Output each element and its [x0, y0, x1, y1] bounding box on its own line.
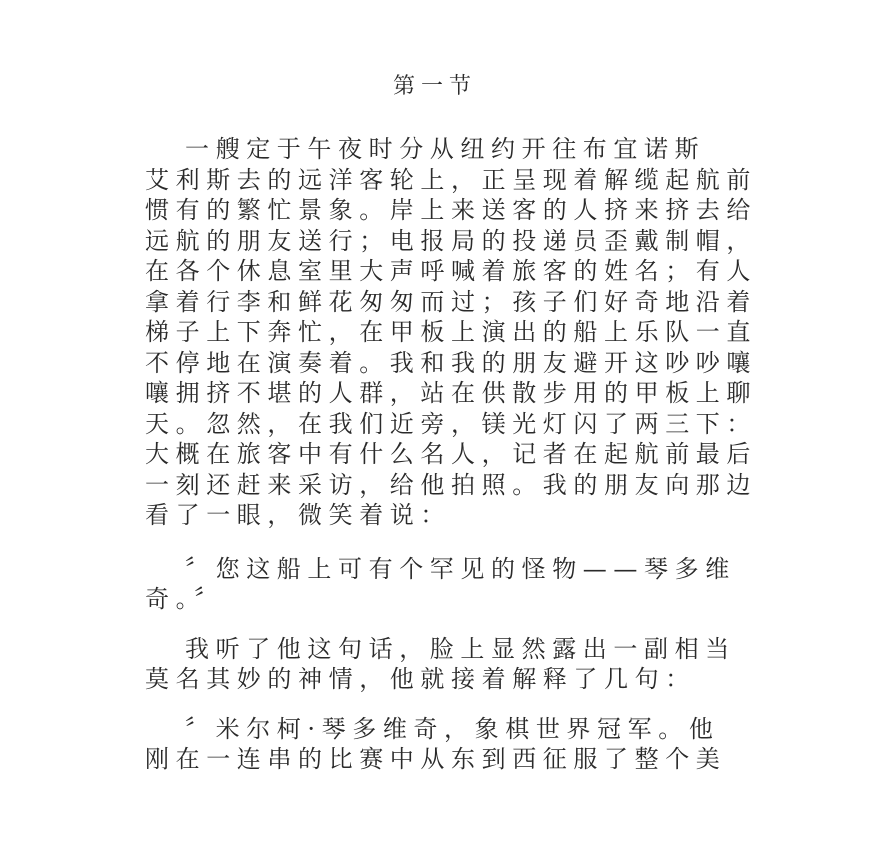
- paragraph-1: 一艘定于午夜时分从纽约开往布宜诺斯 艾利斯去的远洋客轮上，正呈现着解缆起航前 惯…: [145, 134, 751, 531]
- text-line: 拿着行李和鲜花匆匆而过；孩子们好奇地沿着: [145, 287, 751, 318]
- text-line: 不停地在演奏着。我和我的朋友避开这吵吵嚷: [145, 348, 751, 379]
- paragraph-gap: [145, 695, 751, 714]
- paragraph-2-quote: 〞您这船上可有个罕见的怪物——琴多维 奇。〞: [145, 554, 751, 615]
- text-line: 一刻还赶来采访，给他拍照。我的朋友向那边: [145, 470, 751, 501]
- text-line: 嚷拥挤不堪的人群，站在供散步用的甲板上聊: [145, 378, 751, 409]
- body-text: 一艘定于午夜时分从纽约开往布宜诺斯 艾利斯去的远洋客轮上，正呈现着解缆起航前 惯…: [145, 134, 751, 775]
- text-line: 奇。〞: [145, 584, 751, 615]
- paragraph-gap: [145, 615, 751, 634]
- text-line: 大概在旅客中有什么名人，记者在起航前最后: [145, 439, 751, 470]
- text-line: 艾利斯去的远洋客轮上，正呈现着解缆起航前: [145, 165, 751, 196]
- text-line: 看了一眼，微笑着说：: [145, 500, 751, 531]
- text-line: 梯子上下奔忙，在甲板上演出的船上乐队一直: [145, 317, 751, 348]
- section-title: 第一节: [0, 72, 870, 102]
- text-line: 〞米尔柯·琴多维奇，象棋世界冠军。他: [145, 714, 751, 745]
- text-line: 一艘定于午夜时分从纽约开往布宜诺斯: [145, 134, 751, 165]
- text-line: 惯有的繁忙景象。岸上来送客的人挤来挤去给: [145, 195, 751, 226]
- text-line: 远航的朋友送行；电报局的投递员歪戴制帽，: [145, 226, 751, 257]
- document-page: 第一节 一艘定于午夜时分从纽约开往布宜诺斯 艾利斯去的远洋客轮上，正呈现着解缆起…: [0, 0, 870, 842]
- text-line: 〞您这船上可有个罕见的怪物——琴多维: [145, 554, 751, 585]
- text-line: 我听了他这句话，脸上显然露出一副相当: [145, 634, 751, 665]
- text-line: 天。忽然，在我们近旁，镁光灯闪了两三下：: [145, 409, 751, 440]
- text-line: 在各个休息室里大声呼喊着旅客的姓名；有人: [145, 256, 751, 287]
- paragraph-gap: [145, 531, 751, 554]
- text-line: 莫名其妙的神情，他就接着解释了几句：: [145, 664, 751, 695]
- paragraph-4-quote: 〞米尔柯·琴多维奇，象棋世界冠军。他 刚在一连串的比赛中从东到西征服了整个美: [145, 714, 751, 775]
- paragraph-3: 我听了他这句话，脸上显然露出一副相当 莫名其妙的神情，他就接着解释了几句：: [145, 634, 751, 695]
- text-line: 刚在一连串的比赛中从东到西征服了整个美: [145, 744, 751, 775]
